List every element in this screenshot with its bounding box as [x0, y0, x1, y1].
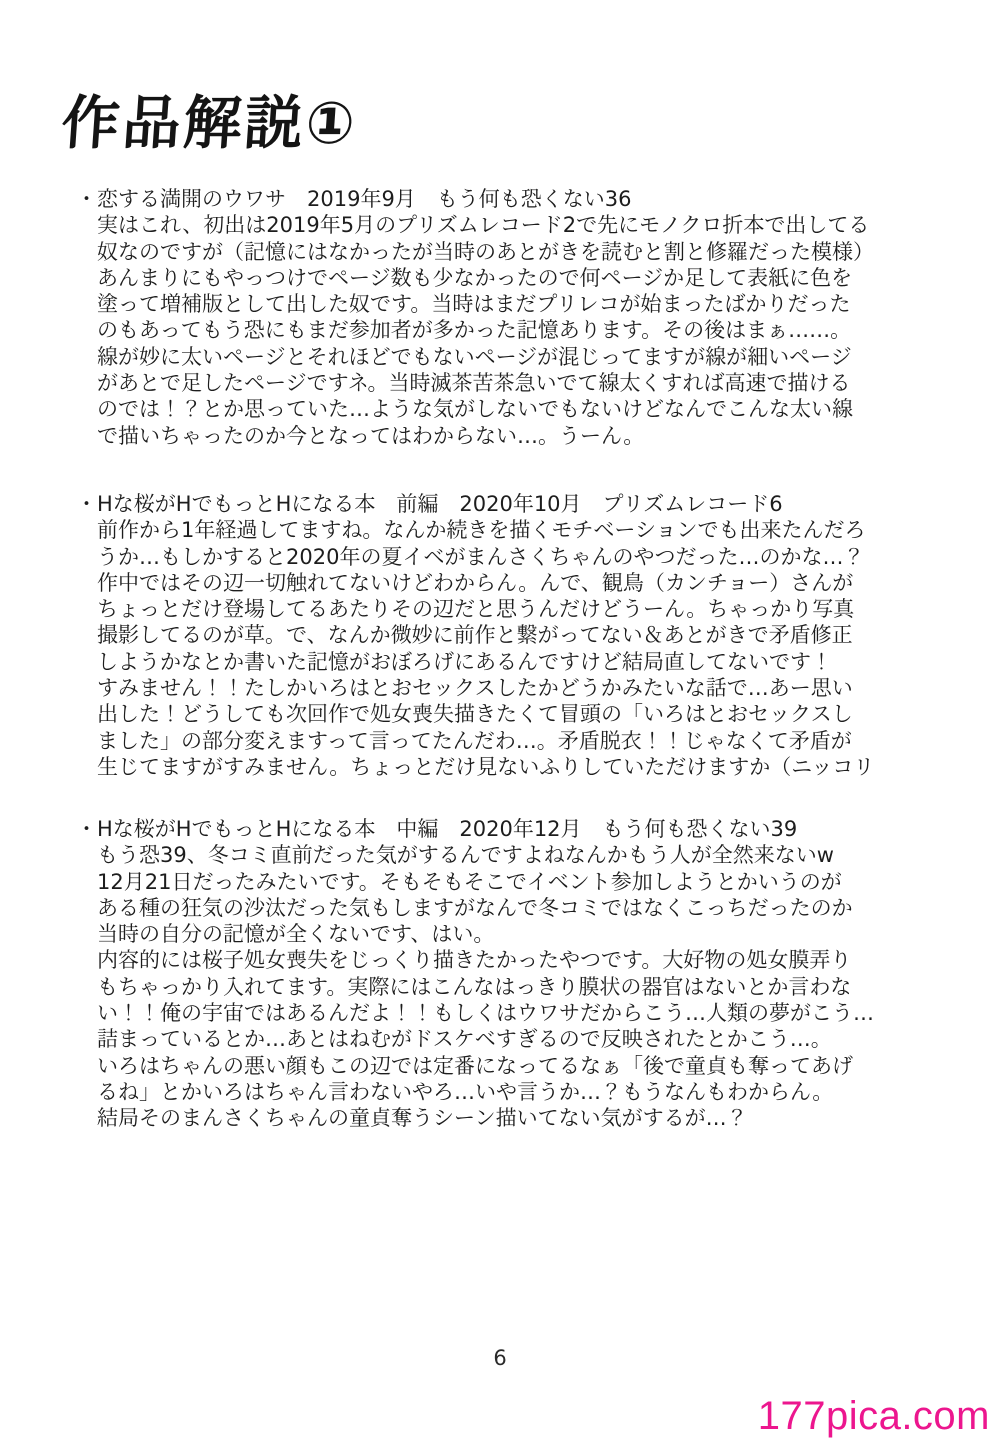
commentary-section-2: ・Hな桜がHでもっとHになる本 前編 2020年10月 プリズムレコード6 前作… — [76, 491, 967, 780]
watermark: 177pica.com — [758, 1394, 990, 1439]
page-title: 作品解説① — [59, 76, 361, 160]
document-page: 作品解説① ・恋する満開のウワサ 2019年9月 もう何も恐くない36 実はこれ… — [0, 0, 1000, 1449]
commentary-section-1: ・恋する満開のウワサ 2019年9月 もう何も恐くない36 実はこれ、初出は20… — [76, 186, 967, 449]
commentary-section-3: ・Hな桜がHでもっとHになる本 中編 2020年12月 もう何も恐くない39 も… — [76, 816, 967, 1132]
page-number: 6 — [0, 1346, 1000, 1370]
